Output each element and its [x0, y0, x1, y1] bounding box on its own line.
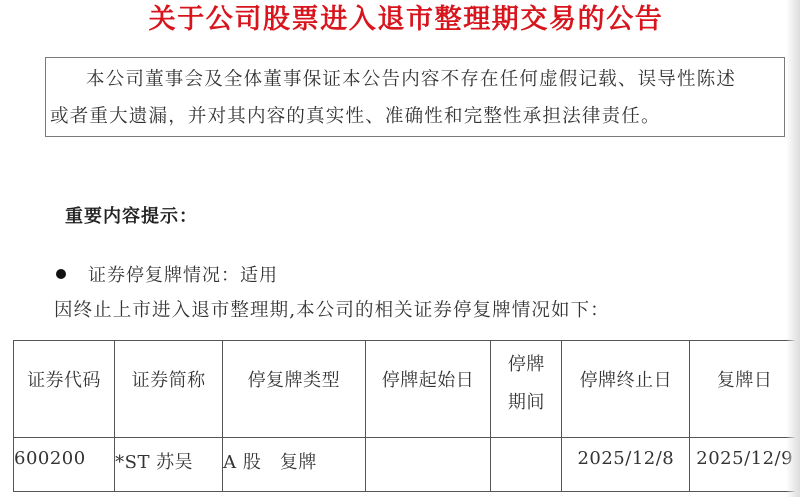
section-heading-key-points: 重要内容提示：: [65, 205, 198, 229]
bullet-item: 证券停复牌情况：适用: [56, 262, 278, 286]
header-label: 停牌起始日: [382, 370, 475, 391]
header-label: 停复牌类型: [248, 370, 341, 391]
bullet-text: 证券停复牌情况：适用: [88, 261, 278, 287]
header-security-short-name: 证券简称: [115, 341, 223, 438]
header-label-line-2: 期间: [491, 388, 561, 418]
header-label: 停牌终止日: [580, 370, 673, 391]
suspension-resumption-table: 证券代码 证券简称 停复牌类型 停牌起始日 停牌 期间 停牌终止日 复牌日 60…: [13, 340, 800, 492]
table-intro-text: 因终止上市进入退市整理期,本公司的相关证券停复牌情况如下：: [54, 299, 610, 323]
disclaimer-line-2: 或者重大遗漏，并对其内容的真实性、准确性和完整性承担法律责任。: [50, 105, 661, 129]
announcement-title: 关于公司股票进入退市整理期交易的公告: [0, 3, 800, 37]
cell-suspension-period: [491, 438, 562, 492]
header-suspension-start-date: 停牌起始日: [365, 341, 491, 438]
table-header-row: 证券代码 证券简称 停复牌类型 停牌起始日 停牌 期间 停牌终止日 复牌日: [14, 341, 800, 438]
bullet-dot-icon: [56, 269, 66, 279]
header-label: 证券代码: [27, 370, 101, 391]
header-label: 复牌日: [717, 370, 773, 391]
header-suspension-end-date: 停牌终止日: [562, 341, 690, 438]
disclaimer-box: 本公司董事会及全体董事保证本公告内容不存在任何虚假记载、误导性陈述 或者重大遗漏…: [45, 57, 785, 137]
header-label-line-1: 停牌: [491, 350, 561, 380]
disclaimer-line-1: 本公司董事会及全体董事保证本公告内容不存在任何虚假记载、误导性陈述: [86, 68, 736, 92]
header-resumption-date: 复牌日: [690, 341, 800, 438]
cell-suspension-end-date: 2025/12/8: [562, 438, 690, 492]
header-suspension-period: 停牌 期间: [491, 341, 562, 438]
table-row: 600200 *ST 苏吴 A 股 复牌 2025/12/8 2025/12/9: [14, 438, 800, 492]
cell-resumption-date: 2025/12/9: [690, 438, 800, 492]
header-label: 停牌 期间: [491, 350, 561, 418]
header-suspension-type: 停复牌类型: [223, 341, 365, 438]
cell-suspension-start-date: [365, 438, 491, 492]
suspension-table-container: 证券代码 证券简称 停复牌类型 停牌起始日 停牌 期间 停牌终止日 复牌日 60…: [13, 340, 800, 492]
cell-security-code: 600200: [14, 438, 115, 492]
cell-security-short-name: *ST 苏吴: [115, 438, 223, 492]
cell-suspension-type: A 股 复牌: [223, 438, 365, 492]
header-security-code: 证券代码: [14, 341, 115, 438]
header-label: 证券简称: [132, 370, 206, 391]
